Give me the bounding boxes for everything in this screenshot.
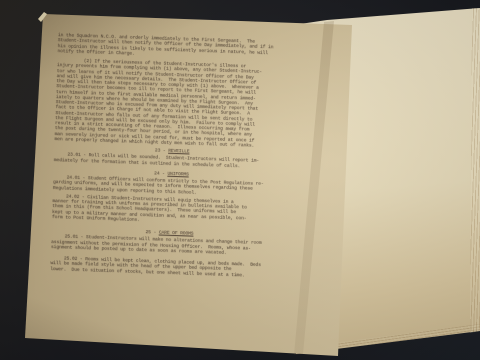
typewritten-text-block: in the Squadron N.C.O. and orderly immed… bbox=[50, 33, 294, 279]
section-24-number: 24 - bbox=[154, 171, 167, 176]
section-23-title: REVEILLE bbox=[168, 149, 189, 155]
section-25-number: 25 - bbox=[145, 230, 158, 235]
section-25-title: CARE OF ROOMS bbox=[159, 230, 194, 236]
paragraph-24-02: 24.02 - Civilian Student-Instructors wil… bbox=[52, 194, 289, 228]
photo-of-open-typed-document: in the Squadron N.C.O. and orderly immed… bbox=[0, 0, 480, 360]
paragraph-2-illness-procedure: (2) If the seriousness of the Student-In… bbox=[54, 58, 293, 150]
section-24-title: UNIFORMS bbox=[167, 171, 188, 177]
section-23-number: 23 - bbox=[155, 148, 168, 153]
